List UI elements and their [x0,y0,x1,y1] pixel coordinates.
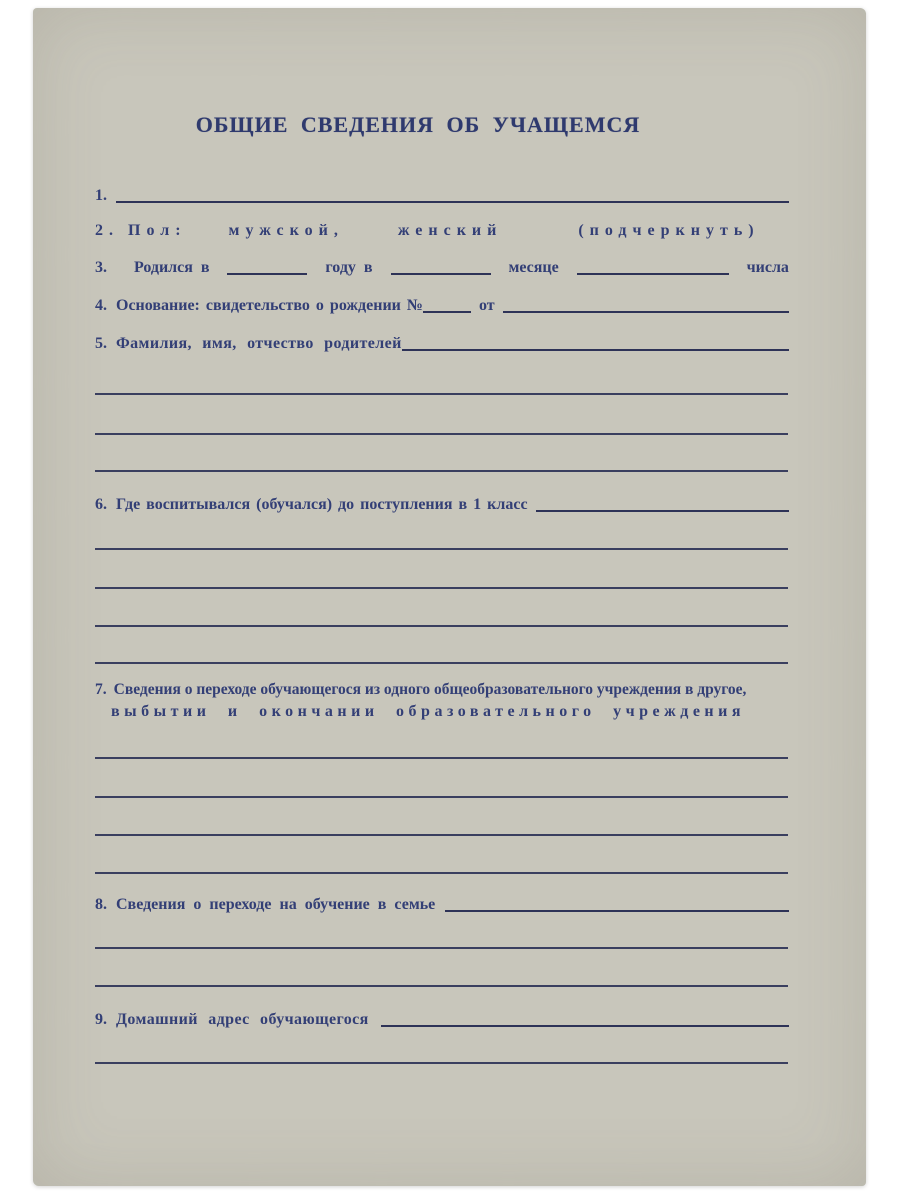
ruled-line [95,625,788,627]
form-item-7-line2: выбытии и окончании образовательного учр… [111,702,805,722]
item-4-number: 4. [95,296,107,316]
form-item-8: 8. Сведения о переходе на обучение в сем… [95,895,789,915]
ruled-line [95,947,788,949]
item-3-born-label: Родился в [134,258,210,278]
item-4-date-blank [503,311,789,313]
item-7-number: 7. [95,680,107,700]
form-item-7: 7. Сведения о переходе обучающегося из о… [95,680,789,700]
item-2-underline-note: (подчеркнуть) [578,221,759,241]
scanned-form-page: ОБЩИЕ СВЕДЕНИЯ ОБ УЧАЩЕМСЯ 1. 2. Пол: му… [33,8,866,1186]
item-2-option-female: женский [398,221,502,241]
item-4-certificate-number-blank [423,311,471,313]
item-6-label: Где воспитывался (обучался) до поступлен… [116,495,528,515]
form-title: ОБЩИЕ СВЕДЕНИЯ ОБ УЧАЩЕМСЯ [33,112,803,138]
ruled-line [95,470,788,472]
form-item-5: 5. Фамилия, имя, отчество родителей [95,334,789,354]
item-6-blank-line [536,510,789,512]
form-item-2: 2. Пол: мужской, женский (подчеркнуть) [95,221,789,241]
item-8-blank-line [445,910,789,912]
item-3-number: 3. [95,258,107,278]
ruled-line [95,796,788,798]
ruled-line [95,757,788,759]
ruled-line [95,985,788,987]
ruled-line [95,433,788,435]
item-3-day-label: числа [747,258,789,278]
item-5-blank-line [402,349,789,351]
item-5-label: Фамилия, имя, отчество родителей [116,334,402,354]
item-2-label: Пол: [128,221,187,241]
item-2-option-male: мужской, [229,221,344,241]
item-3-month-blank [391,273,491,275]
ruled-line [95,587,788,589]
item-8-label: Сведения о переходе на обучение в семье [116,895,435,915]
item-8-number: 8. [95,895,107,915]
ruled-line [95,662,788,664]
item-7-label-line1: Сведения о переходе обучающегося из одно… [114,680,747,700]
item-3-year-label: году в [325,258,372,278]
form-item-3: 3. Родился в году в месяце числа [95,258,789,278]
item-1-number: 1. [95,186,107,206]
item-5-number: 5. [95,334,107,354]
form-item-6: 6. Где воспитывался (обучался) до поступ… [95,495,789,515]
item-2-number: 2. [95,221,119,241]
item-4-label: Основание: свидетельство о рождении № [116,296,423,316]
form-item-1: 1. [95,186,789,206]
ruled-line [95,872,788,874]
item-6-number: 6. [95,495,107,515]
item-7-label-line2: выбытии и окончании образовательного учр… [111,702,745,722]
item-4-from-label: от [479,296,495,316]
item-9-blank-line [381,1025,789,1027]
item-3-month-label: месяце [508,258,558,278]
item-3-day-blank [577,273,729,275]
ruled-line [95,834,788,836]
ruled-line [95,393,788,395]
form-item-9: 9. Домашний адрес обучающегося [95,1010,789,1030]
item-9-label: Домашний адрес обучающегося [116,1010,369,1030]
ruled-line [95,1062,788,1064]
form-item-4: 4. Основание: свидетельство о рождении №… [95,296,789,316]
ruled-line [95,548,788,550]
item-3-year-blank [227,273,307,275]
item-9-number: 9. [95,1010,107,1030]
item-1-blank-line [116,201,789,203]
